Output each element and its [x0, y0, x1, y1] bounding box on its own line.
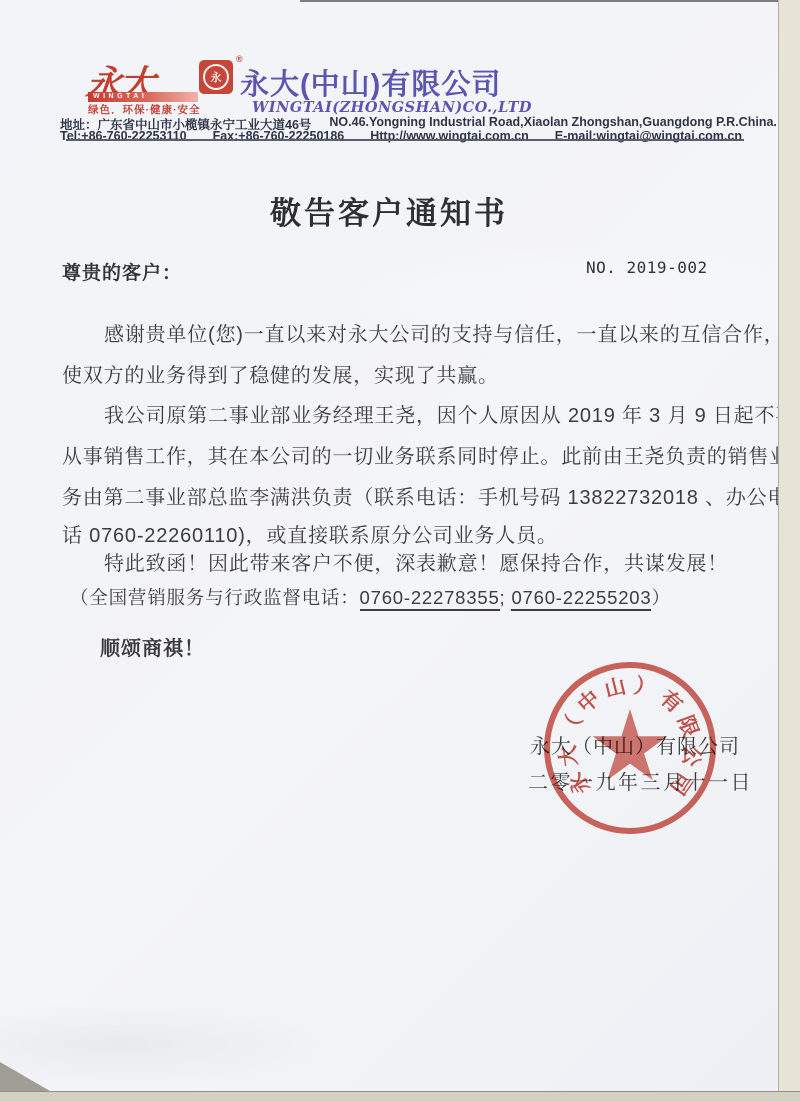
scanner-background-bottom [0, 1091, 800, 1101]
hotline-suffix: ） [651, 587, 670, 608]
company-name-cn: 永大(中山)有限公司 [240, 62, 501, 103]
document-number: NO. 2019-002 [586, 258, 708, 277]
body-line: 使双方的业务得到了稳健的发展，实现了共赢。 [62, 359, 746, 388]
salutation: 尊贵的客户： [62, 258, 182, 285]
body-line: 话 0760-22260110)，或直接联系原分公司业务人员。 [62, 519, 746, 548]
closing-salute: 顺颂商祺！ [100, 632, 205, 661]
scanner-background-right [778, 0, 800, 1101]
document-title: 敬告客户通知书 [0, 188, 778, 233]
hotline-line: （全国营销服务与行政监督电话：0760-22278355; 0760-22255… [62, 584, 754, 610]
hotline-separator: ; [500, 587, 512, 608]
company-stamp: 永大（中山）有限公司 [544, 662, 716, 834]
company-seal-icon: 永 [199, 60, 233, 94]
body-line: 从事销售工作，其在本公司的一切业务联系同时停止。此前由王尧负责的销售业 [62, 440, 746, 469]
hotline-prefix: （全国营销服务与行政监督电话： [70, 587, 360, 608]
body-line: 务由第二事业部总监李满洪负责（联系电话：手机号码 13822732018 、办公… [62, 481, 746, 510]
body-line: 感谢贵单位(您)一直以来对永大公司的支持与信任，一直以来的互信合作， [62, 318, 788, 347]
company-name-en: WINGTAI(ZHONGSHAN)CO.,LTD [252, 99, 532, 116]
stamp-ring-text: 永大（中山）有限公司 [544, 662, 716, 834]
body-line: 我公司原第二事业部业务经理王尧，因个人原因从 2019 年 3 月 9 日起不再 [62, 399, 788, 428]
scan-edge-artifact [300, 0, 800, 2]
seal-glyph: 永 [199, 60, 233, 94]
hotline-phone-1: 0760-22278355 [360, 587, 500, 611]
hotline-phone-2: 0760-22255203 [511, 587, 651, 611]
header-divider [66, 139, 744, 141]
body-line: 特此致函！因此带来客户不便，深表歉意！愿保持合作，共谋发展！ [62, 547, 788, 576]
scan-corner-artifact [0, 1062, 50, 1091]
brand-wordmark: WINGTAI [88, 92, 198, 102]
scanned-letter-page: 永大 WINGTAI 永 ® 绿色．环保·健康·安全 永大(中山)有限公司 WI… [0, 0, 778, 1091]
